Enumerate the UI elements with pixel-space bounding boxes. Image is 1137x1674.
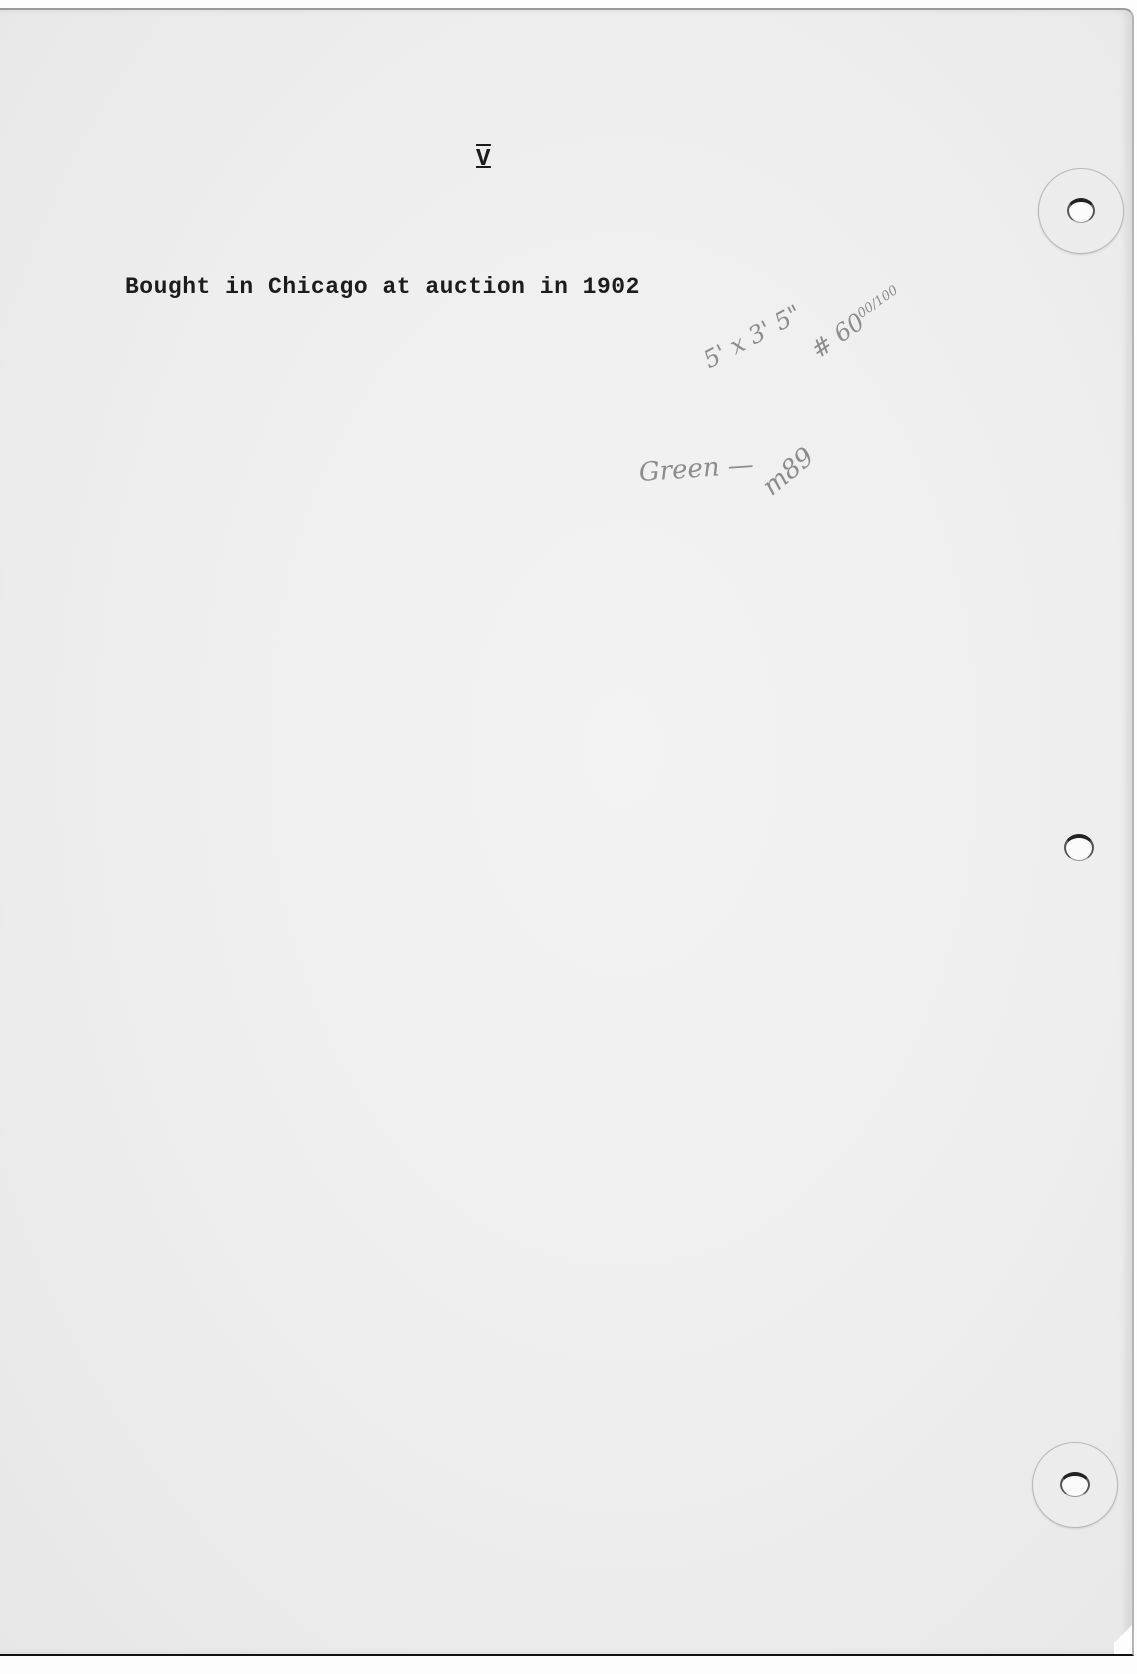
punch-hole-icon [1067, 198, 1095, 223]
price-fraction: 00/100 [855, 283, 901, 322]
section-numeral: V [476, 148, 491, 172]
punch-hole-icon [1060, 1472, 1090, 1497]
document-page: V Bought in Chicago at auction in 1902 5… [0, 8, 1134, 1656]
handwritten-color: Green — [638, 450, 755, 488]
handwritten-code: m89 [757, 442, 821, 502]
provenance-line: Bought in Chicago at auction in 1902 [125, 274, 640, 300]
handwritten-dimensions: 5' x 3' 5" [699, 299, 806, 374]
price-prefix: # [806, 330, 839, 364]
punch-hole-icon [1064, 834, 1094, 861]
handwritten-price: # 6000/100 [806, 281, 907, 364]
